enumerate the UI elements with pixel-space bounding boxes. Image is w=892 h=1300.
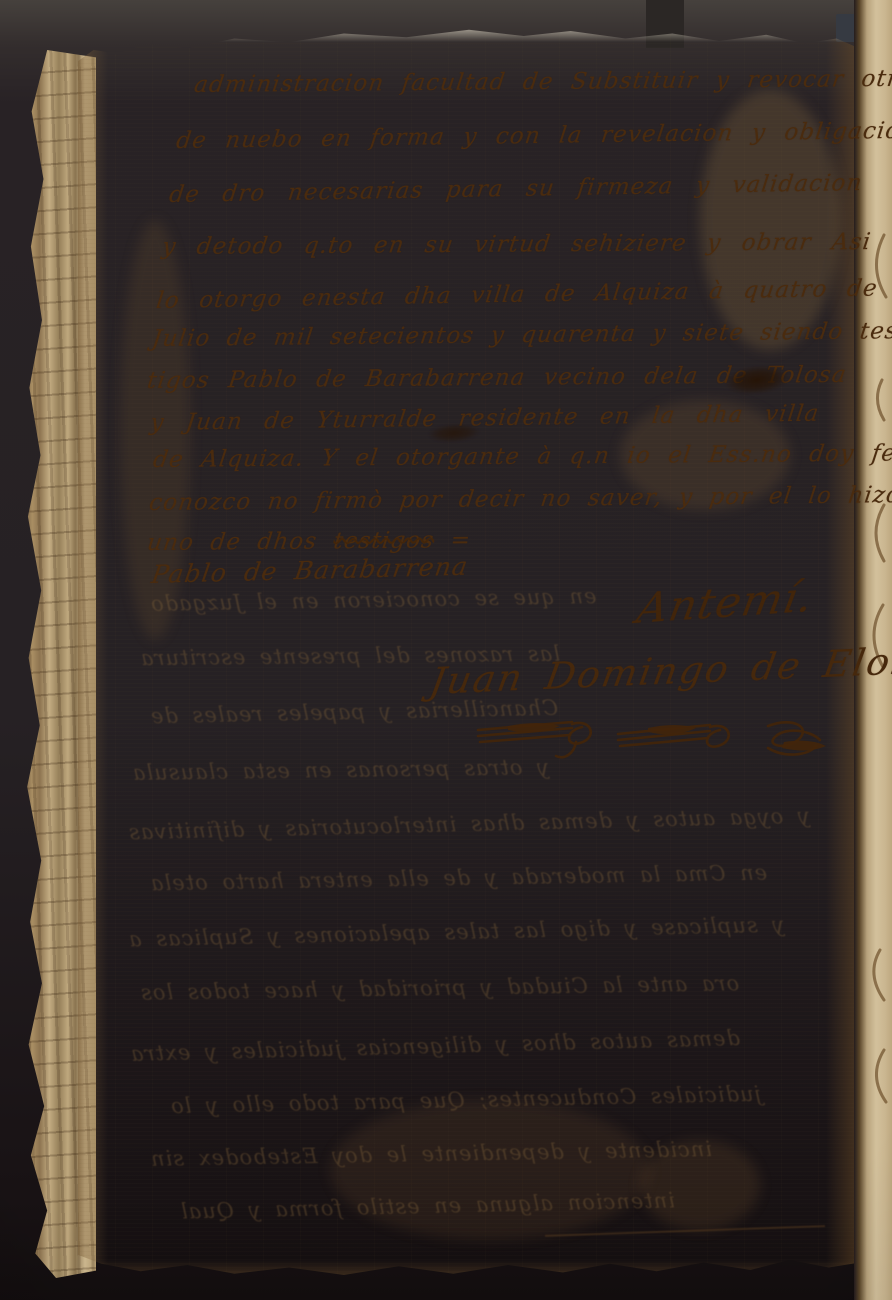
photo-of-manuscript: en que se conocieron en el Juzgado las r… bbox=[0, 0, 892, 1300]
manuscript-line: y detodo q.to en su virtud sehiziere y o… bbox=[161, 229, 873, 260]
manuscript-line-crossed: uno de dhos testigos = bbox=[146, 527, 473, 556]
crossed-line-after: = bbox=[432, 527, 472, 553]
crossed-line-before: uno de dhos bbox=[146, 528, 336, 556]
signature-rubric bbox=[468, 712, 838, 764]
crossed-out-word: testigos bbox=[332, 527, 436, 554]
